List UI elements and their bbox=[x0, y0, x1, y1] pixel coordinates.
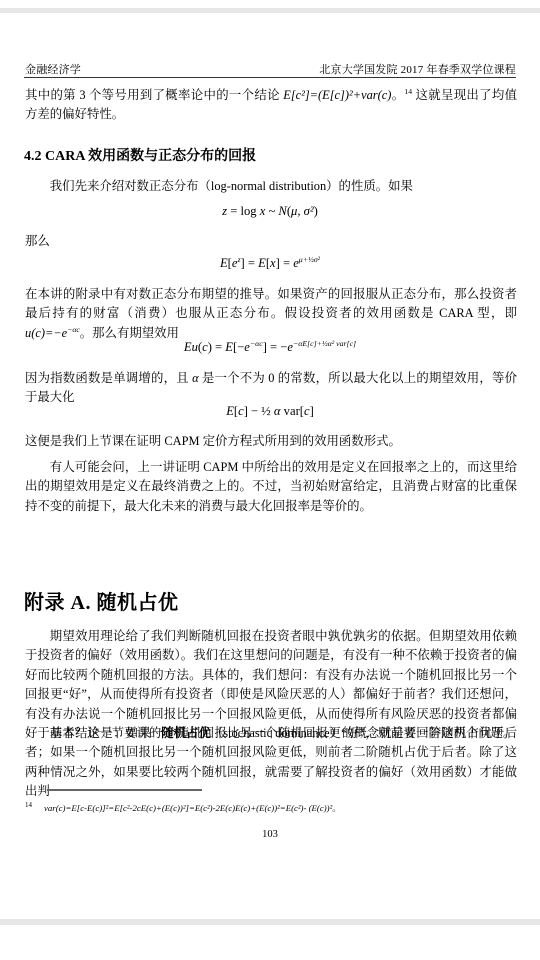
page-number: 103 bbox=[0, 829, 540, 840]
display-formula-mean-variance: E[c] − ½ α var[c] bbox=[0, 404, 540, 419]
section-heading-cara: 4.2 CARA 效用函数与正态分布的回报 bbox=[24, 145, 516, 165]
paragraph-derivation: 在本讲的附录中有对数正态分布期望的推导。如果资产的回报服从正态分布，那么投资者最… bbox=[25, 285, 517, 343]
appendix-heading: 附录 A. 随机占优 bbox=[24, 586, 516, 615]
footnote-formula: var(c)=E[c-E(c)]²=E[c²-2cE(c)+(E(c))²]=E… bbox=[44, 803, 341, 813]
pdf-page-view: 金融经济学 北京大学国发院 2017 年春季双学位课程 其中的第 3 个等号用到… bbox=[0, 0, 540, 960]
page-separator-bottom bbox=[0, 919, 540, 925]
footnote-rule bbox=[47, 789, 202, 791]
running-header-institution: 北京大学国发院 2017 年春季双学位课程 bbox=[319, 61, 516, 77]
display-formula-expectation: E[ez] = E[x] = eμ+½σ² bbox=[0, 256, 540, 271]
paragraph-capm: 这便是我们上节课在证明 CAPM 定价方程式所用到的效用函数形式。 bbox=[25, 432, 517, 451]
header-rule bbox=[24, 77, 516, 78]
paragraph-intro: 其中的第 3 个等号用到了概率论中的一个结论 E[c²]=(E[c])²+var… bbox=[25, 86, 517, 125]
paragraph-question: 有人可能会问，上一讲证明 CAPM 中所给出的效用是定义在回报率之上的，而这里给… bbox=[25, 458, 517, 516]
footnote: 14var(c)=E[c-E(c)]²=E[c²-2cE(c)+(E(c))²]… bbox=[25, 799, 517, 814]
footnote-marker: 14 bbox=[25, 801, 32, 809]
display-formula-expected-utility: Eu(c) = E[−e−αc] = −e−αE[c]+½α² var[c] bbox=[0, 340, 540, 355]
paragraph-lognormal: 我们先来介绍对数正态分布（log-normal distribution）的性质… bbox=[25, 177, 517, 196]
paragraph-monotone: 因为指数函数是单调增的，且 α 是一个不为 0 的常数，所以最大化以上的期望效用… bbox=[25, 369, 517, 408]
paragraph-then: 那么 bbox=[25, 232, 517, 251]
display-formula-lognormal: z = log x ~ N(μ, σ²) bbox=[0, 204, 540, 219]
page-separator-top bbox=[0, 8, 540, 13]
running-header-course: 金融经济学 bbox=[25, 61, 81, 77]
